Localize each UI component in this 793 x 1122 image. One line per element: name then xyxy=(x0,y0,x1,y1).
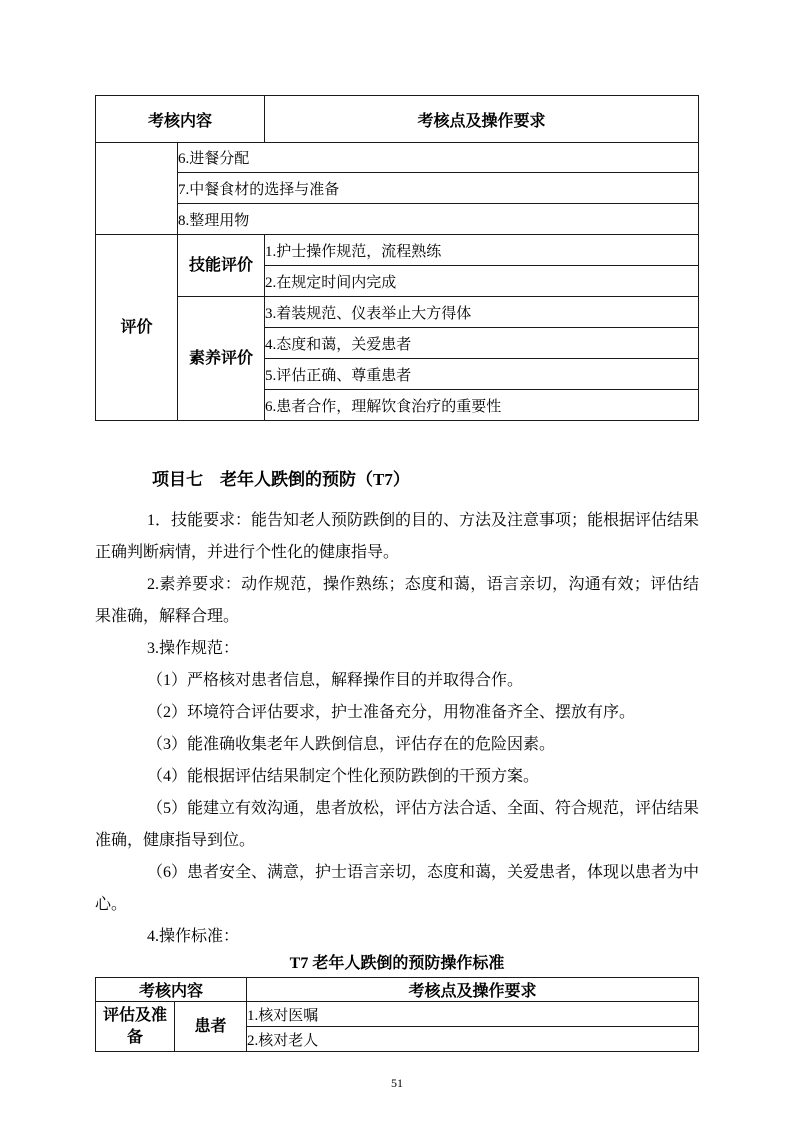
evaluation-label-cell: 评价 xyxy=(96,235,178,421)
paragraph-norm-6: （6）患者安全、满意，护士语言亲切，态度和蔼，关爱患者，体现以患者为中心。 xyxy=(95,857,699,921)
paragraph-norm-2: （2）环境符合评估要求，护士准备充分，用物准备齐全、摆放有序。 xyxy=(95,697,699,729)
paragraph-skill-requirements: 1．技能要求：能告知老人预防跌倒的目的、方法及注意事项；能根据评估结果正确判断病… xyxy=(95,505,699,569)
table-row: 评价 技能评价 1.护士操作规范，流程熟练 xyxy=(96,235,699,266)
table-header-row: 考核内容 考核点及操作要求 xyxy=(96,978,699,1002)
step-cell: 2.核对老人 xyxy=(247,1027,699,1052)
section-heading: 项目七 老年人跌倒的预防（T7） xyxy=(95,469,699,491)
table-row: 7.中餐食材的选择与准备 xyxy=(96,173,699,204)
header-cell-content: 考核内容 xyxy=(96,96,265,143)
document-page: 考核内容 考核点及操作要求 6.进餐分配 7.中餐食材的选择与准备 8.整理用物… xyxy=(0,0,793,1122)
step-cell: 6.进餐分配 xyxy=(178,143,699,173)
header-cell-points: 考核点及操作要求 xyxy=(265,96,699,143)
bottom-table-caption: T7 老年人跌倒的预防操作标准 xyxy=(95,953,699,974)
header-cell-content: 考核内容 xyxy=(96,978,247,1002)
paragraph-norm-1: （1）严格核对患者信息，解释操作目的并取得合作。 xyxy=(95,665,699,697)
paragraph-norm-5: （5）能建立有效沟通，患者放松，评估方法合适、全面、符合规范，评估结果准确，健康… xyxy=(95,793,699,857)
patient-label-cell: 患者 xyxy=(175,1002,247,1052)
eval-item-cell: 3.着装规范、仪表举止大方得体 xyxy=(265,297,699,328)
paragraph-quality-requirements: 2.素养要求：动作规范，操作熟练；态度和蔼，语言亲切，沟通有效；评估结果准确，解… xyxy=(95,569,699,633)
eval-item-cell: 6.患者合作，理解饮食治疗的重要性 xyxy=(265,390,699,421)
paragraph-operation-standard-title: 4.操作标准： xyxy=(95,921,699,953)
table-row: 6.进餐分配 xyxy=(96,143,699,173)
exam-table-top: 考核内容 考核点及操作要求 6.进餐分配 7.中餐食材的选择与准备 8.整理用物… xyxy=(95,95,699,421)
page-number: 51 xyxy=(95,1076,699,1091)
paragraph-norm-3: （3）能准确收集老年人跌倒信息，评估存在的危险因素。 xyxy=(95,729,699,761)
exam-table-bottom: 考核内容 考核点及操作要求 评估及准备 患者 1.核对医嘱 2.核对老人 xyxy=(95,977,699,1052)
paragraph-operation-norms-title: 3.操作规范： xyxy=(95,633,699,665)
eval-item-cell: 5.评估正确、尊重患者 xyxy=(265,359,699,390)
page-content: 考核内容 考核点及操作要求 6.进餐分配 7.中餐食材的选择与准备 8.整理用物… xyxy=(95,95,699,1091)
table-row: 素养评价 3.着装规范、仪表举止大方得体 xyxy=(96,297,699,328)
header-cell-points: 考核点及操作要求 xyxy=(247,978,699,1002)
eval-item-cell: 1.护士操作规范，流程熟练 xyxy=(265,235,699,266)
step-cell: 8.整理用物 xyxy=(178,204,699,235)
carryover-label-cell xyxy=(96,143,178,235)
eval-item-cell: 4.态度和蔼，关爱患者 xyxy=(265,328,699,359)
skill-eval-label-cell: 技能评价 xyxy=(178,235,265,297)
step-cell: 7.中餐食材的选择与准备 xyxy=(178,173,699,204)
table-row: 评估及准备 患者 1.核对医嘱 xyxy=(96,1002,699,1027)
eval-item-cell: 2.在规定时间内完成 xyxy=(265,266,699,297)
quality-eval-label-cell: 素养评价 xyxy=(178,297,265,421)
assess-prepare-label-cell: 评估及准备 xyxy=(96,1002,175,1052)
table-row: 8.整理用物 xyxy=(96,204,699,235)
table-header-row: 考核内容 考核点及操作要求 xyxy=(96,96,699,143)
paragraph-norm-4: （4）能根据评估结果制定个性化预防跌倒的干预方案。 xyxy=(95,761,699,793)
step-cell: 1.核对医嘱 xyxy=(247,1002,699,1027)
